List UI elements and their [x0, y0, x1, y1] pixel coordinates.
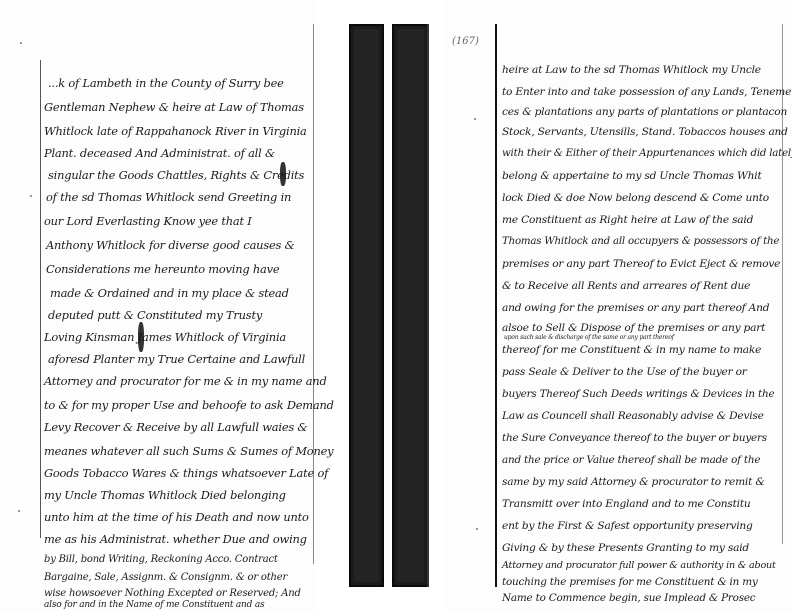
- manuscript-line: pass Seale & Deliver to the Use of the b…: [502, 366, 747, 378]
- left-manuscript-page: ...k of Lambeth in the County of Surry b…: [0, 0, 318, 612]
- manuscript-line: belong & appertaine to my sd Uncle Thoma…: [502, 170, 762, 182]
- manuscript-line: Anthony Whitlock for diverse good causes…: [46, 238, 295, 252]
- manuscript-line: the Sure Conveyance thereof to the buyer…: [502, 432, 767, 444]
- manuscript-line: Attorney and procurator full power & aut…: [502, 560, 776, 571]
- manuscript-line: touching the premises for me Constituent…: [502, 576, 758, 588]
- manuscript-interlinear-note: upon such sale & discharge of the same o…: [504, 334, 674, 341]
- manuscript-line: of the sd Thomas Whitlock send Greeting …: [46, 190, 291, 204]
- manuscript-line: ent by the First & Safest opportunity pr…: [502, 520, 753, 532]
- manuscript-line: Giving & by these Presents Granting to m…: [502, 542, 749, 554]
- manuscript-line: wise howsoever Nothing Excepted or Reser…: [44, 588, 301, 599]
- paper-speck: [18, 510, 20, 512]
- binding-gutter-right: [392, 24, 429, 587]
- manuscript-line: deputed putt & Constituted my Trusty: [48, 308, 262, 322]
- right-page-margin-rule: [495, 24, 497, 587]
- manuscript-line: also for and in the Name of me Constitue…: [44, 600, 264, 610]
- manuscript-line: heire at Law to the sd Thomas Whitlock m…: [502, 64, 761, 76]
- manuscript-line: and owing for the premises or any part t…: [502, 302, 769, 314]
- manuscript-line: alsoe to Sell & Dispose of the premises …: [502, 322, 765, 334]
- binding-gutter-left: [349, 24, 384, 587]
- manuscript-line: by Bill, bond Writing, Reckoning Acco. C…: [44, 554, 278, 565]
- manuscript-line: premises or any part Thereof to Evict Ej…: [502, 258, 780, 270]
- manuscript-line: buyers Thereof Such Deeds writings & Dev…: [502, 388, 774, 400]
- manuscript-line: Levy Recover & Receive by all Lawfull wa…: [44, 420, 307, 434]
- manuscript-line: Bargaine, Sale, Assignm. & Consignm. & o…: [44, 572, 287, 583]
- right-manuscript-page: (167) heire at Law to the sd Thomas Whit…: [446, 0, 792, 612]
- manuscript-line: Plant. deceased And Administrat. of all …: [44, 146, 275, 160]
- manuscript-line: me as his Administrat. whether Due and o…: [44, 532, 307, 546]
- left-page-margin-rule: [40, 60, 41, 538]
- manuscript-line: to Enter into and take possession of any…: [502, 86, 792, 98]
- manuscript-line: singular the Goods Chattles, Rights & Cr…: [48, 168, 304, 182]
- right-page-right-edge: [782, 24, 783, 544]
- manuscript-line: unto him at the time of his Death and no…: [44, 510, 309, 524]
- manuscript-line: Considerations me hereunto moving have: [46, 262, 279, 276]
- manuscript-line: made & Ordained and in my place & stead: [50, 286, 289, 300]
- manuscript-line: ces & plantations any parts of plantatio…: [502, 106, 787, 118]
- manuscript-line: and the price or Value thereof shall be …: [502, 454, 760, 466]
- manuscript-line: Goods Tobacco Wares & things whatsoever …: [44, 466, 328, 480]
- paper-speck: [20, 42, 22, 44]
- manuscript-line: Loving Kinsman James Whitlock of Virgini…: [44, 330, 286, 344]
- manuscript-line: to & for my proper Use and behoofe to as…: [44, 398, 334, 412]
- manuscript-line: Transmitt over into England and to me Co…: [502, 498, 751, 510]
- manuscript-line: our Lord Everlasting Know yee that I: [44, 214, 252, 228]
- ink-blot: [280, 162, 286, 186]
- manuscript-line: meanes whatever all such Sums & Sumes of…: [44, 444, 333, 458]
- manuscript-line: thereof for me Constituent & in my name …: [502, 344, 761, 356]
- manuscript-line: Thomas Whitlock and all occupyers & poss…: [502, 236, 779, 247]
- folio-number: (167): [452, 36, 479, 47]
- manuscript-line: Attorney and procurator for me & in my n…: [44, 374, 327, 388]
- paper-speck: [476, 528, 478, 530]
- manuscript-line: Gentleman Nephew & heire at Law of Thoma…: [44, 100, 304, 114]
- manuscript-line: Stock, Servants, Utensills, Stand. Tobac…: [502, 126, 788, 138]
- manuscript-line: my Uncle Thomas Whitlock Died belonging: [44, 488, 286, 502]
- manuscript-line: with their & Either of their Appurtenanc…: [502, 148, 792, 159]
- manuscript-line: Name to Commence begin, sue Implead & Pr…: [502, 592, 755, 604]
- paper-speck: [474, 118, 476, 120]
- manuscript-line: me Constituent as Right heire at Law of …: [502, 214, 753, 226]
- ink-blot: [138, 322, 144, 352]
- manuscript-line: ...k of Lambeth in the County of Surry b…: [48, 76, 284, 90]
- manuscript-line: lock Died & doe Now belong descend & Com…: [502, 192, 769, 204]
- gutter-edge-rule: [427, 24, 429, 587]
- manuscript-line: Whitlock late of Rappahanock River in Vi…: [44, 124, 307, 138]
- manuscript-line: Law as Councell shall Reasonably advise …: [502, 410, 764, 422]
- manuscript-line: aforesd Planter my True Certaine and Law…: [48, 352, 305, 366]
- paper-speck: [30, 195, 32, 197]
- manuscript-line: & to Receive all Rents and arreares of R…: [502, 280, 750, 292]
- left-page-right-edge: [313, 24, 314, 564]
- manuscript-line: same by my said Attorney & procurator to…: [502, 476, 765, 488]
